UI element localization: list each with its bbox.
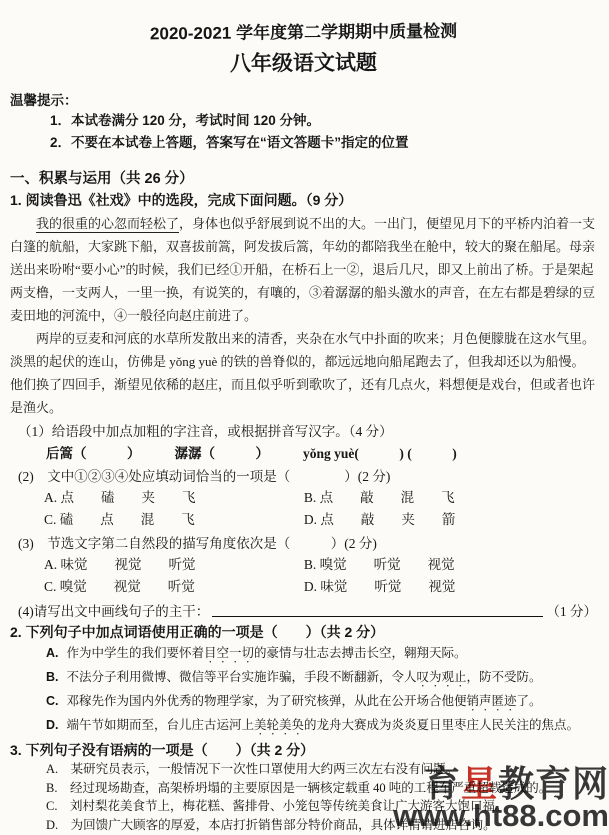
option-label: D. [46, 718, 59, 732]
sub-question-4: (4)请写出文中画线句子的主干： （1 分） [18, 600, 597, 620]
passage-paragraph-2: 两岸的豆麦和河底的水草所发散出来的清香，夹杂在水气中扑面的吹来；月色便朦胧在这水… [10, 327, 597, 419]
emphasized-idiom: 叹为观止 [417, 670, 467, 684]
underlined-sentence: 我的很重的心忽而轻松了 [36, 216, 179, 233]
option-text: 的龙舟大赛成为炎炎夏日里枣庄人民关注的焦点。 [304, 718, 579, 732]
sub-question-2-stem: (2) 文中①②③④处应填动词恰当的一项是（ ）(2 分) [18, 467, 597, 487]
question-3-option-b: B. 经过现场勘查，高架桥坍塌的主要原因是一辆核定载重 40 吨的工程车严重超载… [46, 779, 597, 798]
option-text: 端午节如期而至，台儿庄古运河上 [67, 718, 255, 732]
exam-subtitle: 八年级语文试题 [10, 45, 597, 79]
option-text: ，防不受防。 [467, 670, 542, 684]
exam-content: 2020-2021 学年度第二学期期中质量检测 八年级语文试题 温馨提示： 1．… [0, 0, 609, 834]
sub-question-3-stem: (3) 节选文字第二自然段的描写角度依次是（ ）(2 分) [18, 534, 597, 554]
sub-question-3: (3) 节选文字第二自然段的描写角度依次是（ ）(2 分) A. 味觉 视觉 听… [10, 534, 597, 598]
option-text: 的豪情与壮志去搏击长空，翱翔天际。 [254, 646, 467, 660]
sub-question-2: (2) 文中①②③④处应填动词恰当的一项是（ ）(2 分) A. 点 磕 夹 飞… [10, 467, 597, 531]
notice-label: 温馨提示： [10, 89, 597, 109]
answer-blank-line [212, 602, 543, 617]
question-2-stem: 2. 下列句子中加点词语使用正确的一项是（ ）（共 2 分） [10, 622, 597, 642]
sub-question-4-score: （1 分） [546, 600, 597, 620]
question-1-stem: 1. 阅读鲁迅《社戏》中的选段，完成下面问题。（9 分） [10, 190, 597, 210]
question-2-option-a: A.作为中学生的我们要怀着目空一切的豪情与壮志去搏击长空，翱翔天际。 [10, 642, 597, 666]
option-text: 了。 [517, 694, 542, 708]
sub-question-2-options: A. 点 磕 夹 飞 B. 点 敲 混 飞 C. 磕 点 混 飞 D. 点 敲 … [44, 487, 597, 531]
option-label: C. [46, 694, 59, 708]
question-3-stem: 3. 下列句子没有语病的一项是（ ）（共 2 分） [10, 740, 597, 760]
option-d: D. 点 敲 夹 箭 [304, 509, 597, 531]
exam-title: 2020-2021 学年度第二学期期中质量检测 [10, 15, 597, 45]
option-d: D. 味觉 听觉 视觉 [304, 576, 597, 598]
notice-item-2: 2．不要在本试卷上答题，答案写在“语文答题卡”指定的位置 [50, 133, 597, 153]
question-3-option-d: D. 为回馈广大顾客的厚爱，本店打折销售部分特价商品，具体详情请进店咨询。 [46, 816, 597, 835]
option-text: 作为中学生的我们要怀着 [67, 646, 205, 660]
exam-paper-page: 2020-2021 学年度第二学期期中质量检测 八年级语文试题 温馨提示： 1．… [0, 0, 609, 835]
notice-item-1: 1．本试卷满分 120 分，考试时间 120 分钟。 [50, 111, 597, 131]
option-c: C. 磕 点 混 飞 [44, 509, 304, 531]
question-2-option-b: B.不法分子利用微博、微信等平台实施诈骗，手段不断翻新，令人叹为观止，防不受防。 [10, 666, 597, 690]
question-3-option-a: A. 某研究员表示，一般情况下一次性口罩使用大约两三次左右没有问题。 [46, 760, 597, 779]
option-label: A. [46, 646, 59, 660]
emphasized-idiom: 销声匿迹 [467, 694, 517, 708]
question-2-option-c: C.邓稼先作为国内外优秀的物理学家，为了研究核弹，从此在公开场合他便销声匿迹了。 [10, 690, 597, 714]
sub-question-3-options: A. 味觉 视觉 听觉 B. 嗅觉 听觉 视觉 C. 嗅觉 视觉 听觉 D. 味… [44, 554, 597, 598]
option-text: 不法分子利用微博、微信等平台实施诈骗，手段不断翻新，令人 [67, 670, 417, 684]
option-a: A. 点 磕 夹 飞 [44, 487, 304, 509]
passage-paragraph-1: 我的很重的心忽而轻松了，身体也似乎舒展到说不出的大。一出门，便望见月下的平桥内泊… [10, 212, 597, 327]
sub-question-1-stem: （1）给语段中加点加粗的字注音，或根据拼音写汉字。（4 分） [18, 422, 597, 442]
option-a: A. 味觉 视觉 听觉 [44, 554, 304, 576]
sub-question-4-stem: (4)请写出文中画线句子的主干： [18, 600, 209, 620]
option-text: 邓稼先作为国内外优秀的物理学家，为了研究核弹，从此在公开场合他便 [67, 694, 467, 708]
section-heading: 一、积累与运用（共 26 分） [10, 167, 597, 188]
option-b: B. 嗅觉 听觉 视觉 [304, 554, 597, 576]
sub-question-1: （1）给语段中加点加粗的字注音，或根据拼音写汉字。（4 分） 后篙（ ） 潺潺（… [10, 422, 597, 464]
reading-passage: 我的很重的心忽而轻松了，身体也似乎舒展到说不出的大。一出门，便望见月下的平桥内泊… [10, 212, 597, 419]
question-2-option-d: D.端午节如期而至，台儿庄古运河上美轮美奂的龙舟大赛成为炎炎夏日里枣庄人民关注的… [10, 714, 597, 738]
option-label: B. [46, 670, 59, 684]
option-b: B. 点 敲 混 飞 [304, 487, 597, 509]
emphasized-idiom: 美轮美奂 [254, 718, 304, 732]
pinyin-blanks: 后篙（ ） 潺潺（ ） yǒng yuè( ) ( ) [46, 444, 597, 464]
pinyin-blank-3: yǒng yuè( ) ( ) [303, 444, 457, 464]
option-c: C. 嗅觉 视觉 听觉 [44, 576, 304, 598]
pinyin-blank-2: 潺潺（ ） [175, 444, 270, 464]
question-3-option-c: C. 刘村梨花美食节上，梅花糕、酱排骨、小笼包等传统美食让广大游客大饱口福。 [46, 797, 597, 816]
emphasized-idiom: 目空一切 [204, 646, 254, 660]
pinyin-blank-1: 后篙（ ） [46, 444, 141, 464]
